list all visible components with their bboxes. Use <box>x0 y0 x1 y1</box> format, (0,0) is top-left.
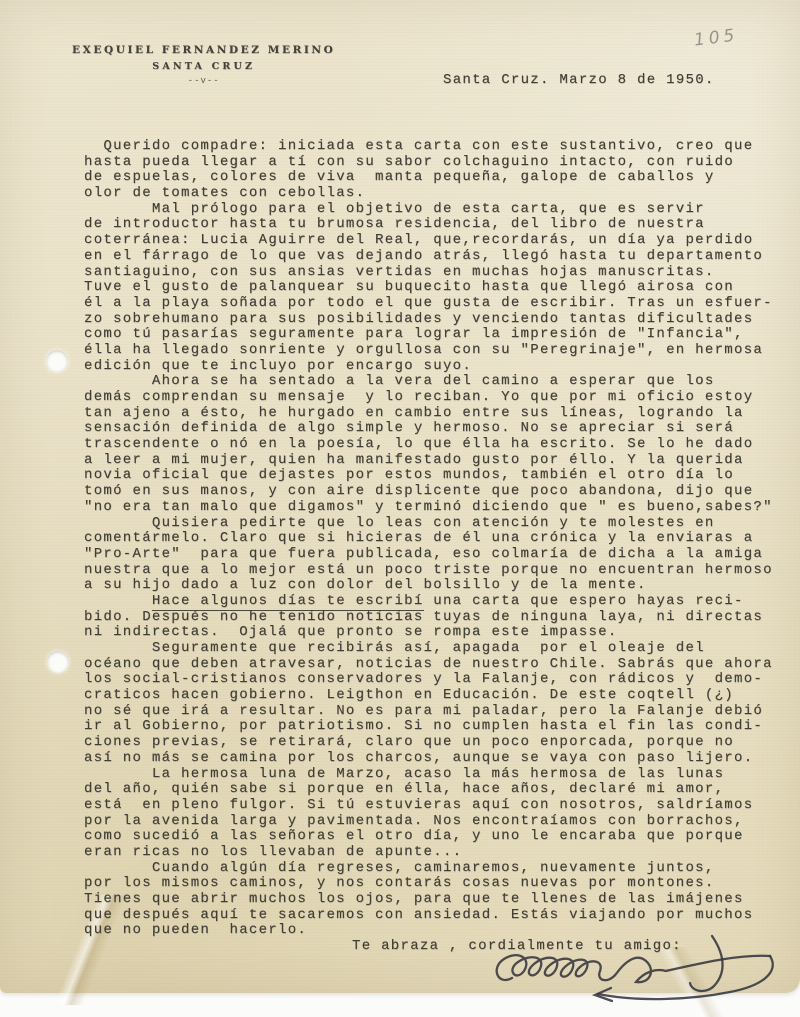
typed-line: eran ricas no los llevaban de apunte... <box>84 845 784 861</box>
typed-line: trascendente o nó en la poesía, lo que é… <box>84 437 784 453</box>
letterhead-ornament: --v-- <box>72 76 335 86</box>
typed-line: novia oficial que dejastes por estos mun… <box>84 468 784 484</box>
typed-line: demás comprendan su mensaje y lo reciban… <box>84 390 784 406</box>
handwritten-signature <box>478 928 780 1010</box>
typed-line: "no era tan malo que digamos" y terminó … <box>84 500 784 516</box>
typed-line: bido. Después no he tenido noticias tuya… <box>84 610 784 626</box>
typed-line: Cuando algún día regreses, caminaremos, … <box>84 861 784 877</box>
typed-line: por los mismos caminos, y nos contarás c… <box>84 876 784 892</box>
typed-line: tomó en sus manos, y con aire displicent… <box>84 484 784 500</box>
typed-line: como tú pasarías seguramente para lograr… <box>84 327 784 343</box>
typed-line: a su hijo dado a luz con dolor del bolsi… <box>84 578 784 594</box>
typed-line: élla ha llegado sonriente y orgullosa co… <box>84 343 784 359</box>
letterhead-city: SANTA CRUZ <box>72 61 335 72</box>
typed-line: Tienes que abrir muchos los ojos, para q… <box>84 892 784 908</box>
letterhead: EXEQUIEL FERNANDEZ MERINO SANTA CRUZ --v… <box>72 44 335 86</box>
typed-line: Seguramente que recibirás así, apagada p… <box>84 641 784 657</box>
letter-body: Querido compadre: iniciada esta carta co… <box>84 139 784 939</box>
typed-line: olor de tomates con cebollas. <box>84 186 784 202</box>
typed-line: craticos hacen gobierno. Leigthon en Edu… <box>84 688 784 704</box>
dateline: Santa Cruz. Marzo 8 de 1950. <box>443 72 715 88</box>
typed-line: ir al Gobierno, por patriotismo. Si no c… <box>84 719 784 735</box>
hole-punch-bottom <box>47 651 69 673</box>
typed-line: él a la playa soñada por todo el que gus… <box>84 296 784 312</box>
typed-line: por la avenida larga y pavimentada. Nos … <box>84 814 784 830</box>
typed-line: "Pro-Arte" para que fuera publicada, eso… <box>84 547 784 563</box>
typed-line: Hace algunos días te escribí una carta q… <box>84 594 784 610</box>
typed-line: así no más se camina por los charcos, au… <box>84 751 784 767</box>
scanned-letter-page: EXEQUIEL FERNANDEZ MERINO SANTA CRUZ --v… <box>0 0 800 1017</box>
typed-line: edición que te incluyo por encargo suyo. <box>84 359 784 375</box>
typed-line: sensación definida de algo simple y herm… <box>84 421 784 437</box>
letterhead-name: EXEQUIEL FERNANDEZ MERINO <box>72 44 335 56</box>
typed-line: está en pleno fulgor. Si tú estuvieras a… <box>84 798 784 814</box>
typed-line: de espuelas, colores de viva manta peque… <box>84 170 784 186</box>
typed-line: del año, quién sabe si porque en élla, h… <box>84 782 784 798</box>
signature-underline-sweep <box>598 956 773 999</box>
typed-line: Tuve el gusto de palanquear su buquecito… <box>84 280 784 296</box>
typed-line: en el fárrago de lo que vas dejando atrá… <box>84 249 784 265</box>
signature-loops <box>497 955 770 982</box>
typed-line: los social-cristianos conservadores y la… <box>84 672 784 688</box>
hole-punch-top <box>46 350 68 372</box>
typed-line: como sucedió a las señoras el otro día, … <box>84 829 784 845</box>
typed-line: nuestra que a lo mejor está un poco tris… <box>84 563 784 579</box>
typed-line: zo sobrehumano para sus posibilidades y … <box>84 312 784 328</box>
typed-line: de introductor hasta tu brumosa residenc… <box>84 217 784 233</box>
typed-line: Quisiera pedirte que lo leas con atenció… <box>84 516 784 532</box>
typed-line: Querido compadre: iniciada esta carta co… <box>84 139 784 155</box>
typed-line: Ahora se ha sentado a la vera del camino… <box>84 374 784 390</box>
typed-line: ni indirectas. Ojalá que pronto se rompa… <box>84 625 784 641</box>
typed-line: La hermosa luna de Marzo, acaso la más h… <box>84 767 784 783</box>
typed-line: ciones previas, se retirará, claro que u… <box>84 735 784 751</box>
typed-line: coterránea: Lucia Aguirre del Real, que,… <box>84 233 784 249</box>
typed-line: santiaguino, con sus ansias vertidas en … <box>84 265 784 281</box>
typed-line: comentármelo. Claro que si hicieras de é… <box>84 531 784 547</box>
